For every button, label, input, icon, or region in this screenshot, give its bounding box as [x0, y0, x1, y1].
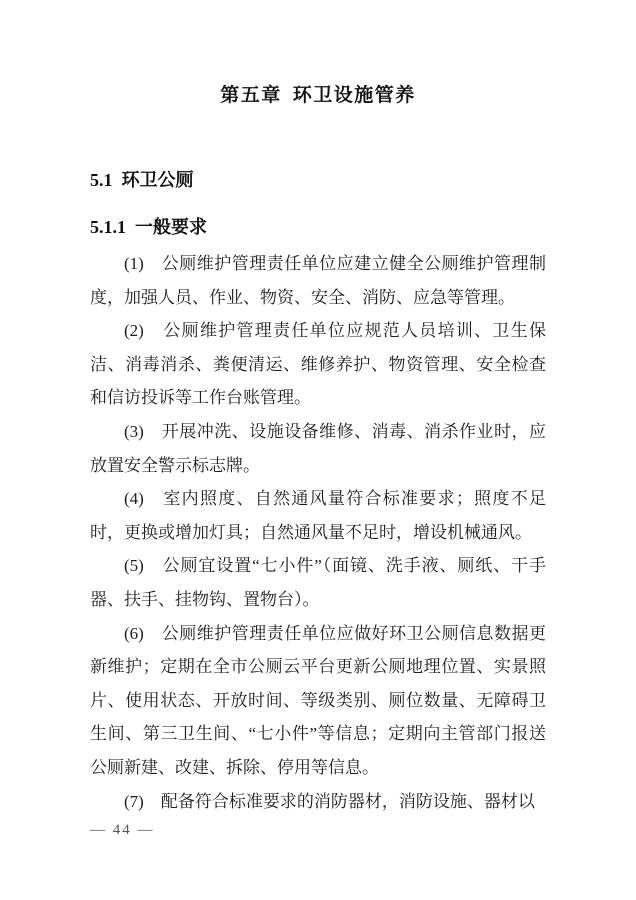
chapter-title: 第五章 环卫设施管养 — [0, 0, 636, 107]
paragraph-item-3: (3) 开展冲洗、设施设备维修、消毒、消杀作业时，应放置安全警示标志牌。 — [90, 415, 546, 482]
section-heading-5-1: 5.1 环卫公厕 — [90, 168, 636, 192]
body-text: (1) 公厕维护管理责任单位应建立健全公厕维护管理制度，加强人员、作业、物资、安… — [90, 247, 546, 818]
page-number: — 44 — — [90, 822, 155, 839]
paragraph-item-4: (4) 室内照度、自然通风量符合标准要求；照度不足时，更换或增加灯具；自然通风量… — [90, 482, 546, 549]
document-page: 第五章 环卫设施管养 5.1 环卫公厕 5.1.1 一般要求 (1) 公厕维护管… — [0, 0, 636, 900]
paragraph-item-6: (6) 公厕维护管理责任单位应做好环卫公厕信息数据更新维护；定期在全市公厕云平台… — [90, 617, 546, 785]
paragraph-item-1: (1) 公厕维护管理责任单位应建立健全公厕维护管理制度，加强人员、作业、物资、安… — [90, 247, 546, 314]
paragraph-item-5: (5) 公厕宜设置“七小件”（面镜、洗手液、厕纸、干手器、扶手、挂物钩、置物台）… — [90, 549, 546, 616]
subsection-heading-5-1-1: 5.1.1 一般要求 — [90, 215, 636, 239]
paragraph-item-7: (7) 配备符合标准要求的消防器材，消防设施、器材以 — [90, 785, 546, 819]
paragraph-item-2: (2) 公厕维护管理责任单位应规范人员培训、卫生保洁、消毒消杀、粪便清运、维修养… — [90, 314, 546, 415]
